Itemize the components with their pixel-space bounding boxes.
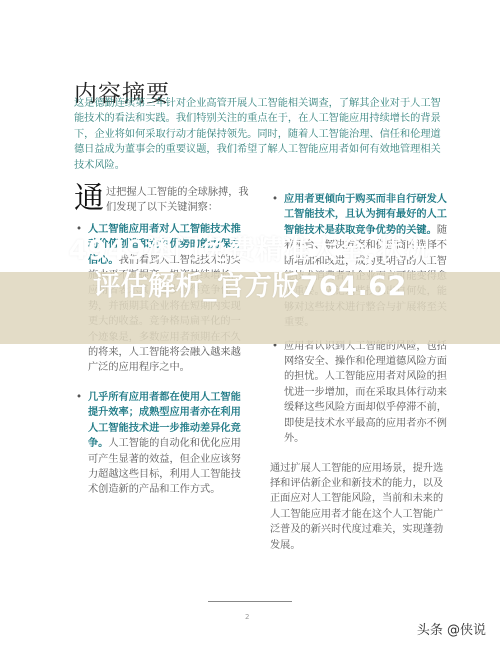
overlay-line-2: 评估解析_官方版764.62: [0, 269, 500, 305]
bullet-icon: •: [76, 390, 82, 405]
bullet-item: • 几乎所有应用者都在使用人工智能提升效率；成熟型应用者亦在利用人工智能技术进一…: [74, 390, 250, 498]
document-page: 内容摘要 这是德勤连续第三年针对企业高管开展人工智能相关调查，了解其企业对于人工…: [0, 0, 500, 647]
closing-paragraph: 通过扩展人工智能的应用场景，提升选择和评估新企业和新技术的能力，以及正面应对人工…: [270, 461, 450, 553]
lead-paragraph: 通 过把握人工智能的全球脉搏，我们发现了以下关键洞察：: [74, 185, 250, 216]
drop-cap: 通: [74, 185, 104, 213]
overlay-line-1: 4949澳门免费精准大全,状况: [0, 233, 500, 269]
lead-text: 过把握人工智能的全球脉搏，我们发现了以下关键洞察：: [106, 187, 249, 213]
source-watermark: 头条 @侠说: [417, 619, 486, 638]
bullet-highlight: 应用者更倾向于购买而非自行研发人工智能技术，且认为拥有最好的人工智能技术是获取竞…: [284, 194, 447, 236]
footer-divider: [208, 601, 292, 602]
intro-paragraph: 这是德勤连续第三年针对企业高管开展人工智能相关调查，了解其企业对于人工智能技术的…: [74, 96, 446, 173]
bullet-body: 人工智能的自动化和优化应用可产生显著的效益，但企业应该努力超越这些目标，利用人工…: [88, 438, 241, 495]
overlay-headline: 4949澳门免费精准大全,状况 评估解析_官方版764.62: [0, 233, 500, 305]
bullet-item: • 应用者认识到人工智能的风险，包括网络安全、操作和伦理道德风险方面的担忧。人工…: [270, 339, 450, 447]
page-number: 2: [245, 613, 249, 621]
bullet-icon: •: [272, 192, 278, 207]
bullet-body: 应用者认识到人工智能的风险，包括网络安全、操作和伦理道德风险方面的担忧。人工智能…: [284, 341, 447, 444]
